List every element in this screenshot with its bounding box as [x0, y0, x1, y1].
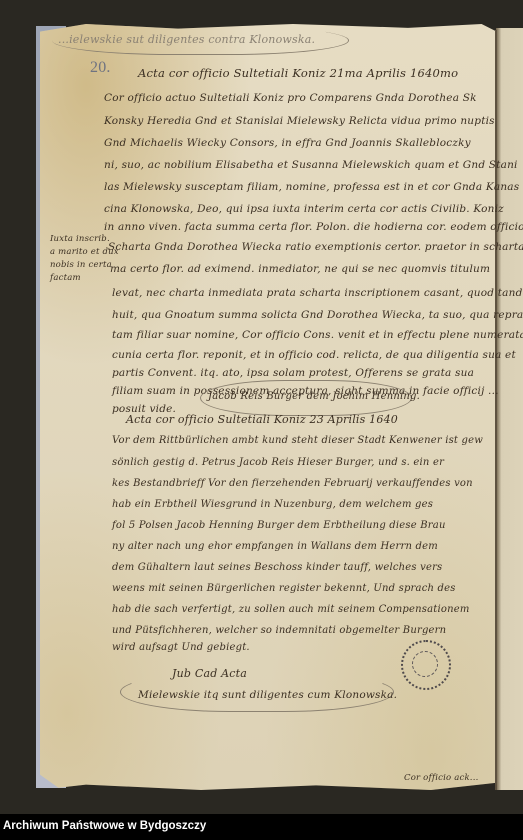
archive-caption: Archiwum Państwowe w Bydgoszczy: [3, 820, 206, 832]
body-2-line: ny alter nach ung ehor empfangen in Wall…: [112, 542, 438, 552]
body-2-line: dem Gühaltern laut seines Beschoss kinde…: [112, 563, 442, 573]
margin-note-line: a marito et dux: [50, 248, 119, 257]
body-1-line: Konsky Heredia Gnd et Stanislai Mielewsk…: [104, 116, 495, 127]
caption-bar: Archiwum Państwowe w Bydgoszczy: [0, 814, 523, 840]
heading-2: Acta cor officio Sultetiali Koniz 23 Apr…: [126, 414, 398, 425]
body-1-line: cunia certa flor. reponit, et in officio…: [112, 350, 516, 361]
body-2-line: sönlich gestig d. Petrus Jacob Reis Hies…: [112, 458, 444, 468]
body-2-line: und Pütsfichheren, welcher so indemnitat…: [112, 626, 446, 636]
heading-1: Acta cor officio Sultetiali Koniz 21ma A…: [138, 68, 458, 80]
margin-note-line: nobis in certa: [50, 261, 112, 270]
margin-note-line: Iuxta inscrib.: [50, 235, 110, 244]
binding-fold: [495, 30, 497, 790]
body-2-line: weens mit seinen Bürgerlichen register b…: [112, 584, 456, 594]
body-1-line: ma certo flor. ad eximend. inmediator, n…: [110, 264, 490, 275]
body-2-line: wird aufsagt Und gebiegt.: [112, 643, 250, 653]
body-1-line: Cor officio actuo Sultetiali Koniz pro C…: [104, 93, 477, 104]
bottom-note: Cor officio ack...: [404, 774, 479, 783]
archive-stamp: [401, 640, 451, 690]
closing-2: Mielewskie itq sunt diligentes cum Klono…: [138, 690, 397, 701]
body-2-line: hab die sach verfertigt, zu sollen auch …: [112, 605, 470, 615]
document-viewer[interactable]: ...ielewskie sut diligentes contra Klono…: [0, 0, 523, 814]
body-2-line: kes Bestandbrieff Vor den fierzehenden F…: [112, 479, 473, 489]
page-number: 20.: [90, 60, 111, 76]
body-2-line: Vor dem Rittbürlichen ambt kund steht di…: [112, 436, 483, 446]
body-1-line: levat, nec charta inmediata prata schart…: [112, 288, 523, 299]
body-1-line: huit, qua Gnoatum summa solicta Gnd Doro…: [112, 310, 523, 321]
margin-note-line: factam: [50, 274, 81, 283]
body-2-line: fol 5 Polsen Jacob Henning Burger dem Er…: [112, 521, 446, 531]
body-1-line: cina Klonowska, Deo, qui ipsa iuxta inte…: [104, 204, 504, 215]
body-1-line: partis Convent. itq. ato, ipsa solam pro…: [112, 368, 474, 379]
body-2-line: hab ein Erbtheil Wiesgrund in Nuzenburg,…: [112, 500, 433, 510]
body-1-line: ni, suo, ac nobilium Elisabetha et Susan…: [104, 160, 518, 171]
header-note: ...ielewskie sut diligentes contra Klono…: [58, 34, 315, 45]
body-1-line: tam filiar suar nomine, Cor officio Cons…: [112, 330, 523, 341]
body-1-line: Scharta Gnda Dorothea Wiecka ratio exemp…: [108, 242, 523, 253]
body-1-line: las Mielewsky susceptam filiam, nomine, …: [104, 182, 523, 193]
body-1-line: Gnd Michaelis Wiecky Consors, in effra G…: [104, 138, 471, 149]
signature-1: Jacob Reis Burger dem Jochim Henning.: [208, 392, 420, 402]
body-1-line: in anno viven. facta summa certa flor. P…: [104, 222, 523, 233]
facing-page-edge: [496, 28, 523, 790]
